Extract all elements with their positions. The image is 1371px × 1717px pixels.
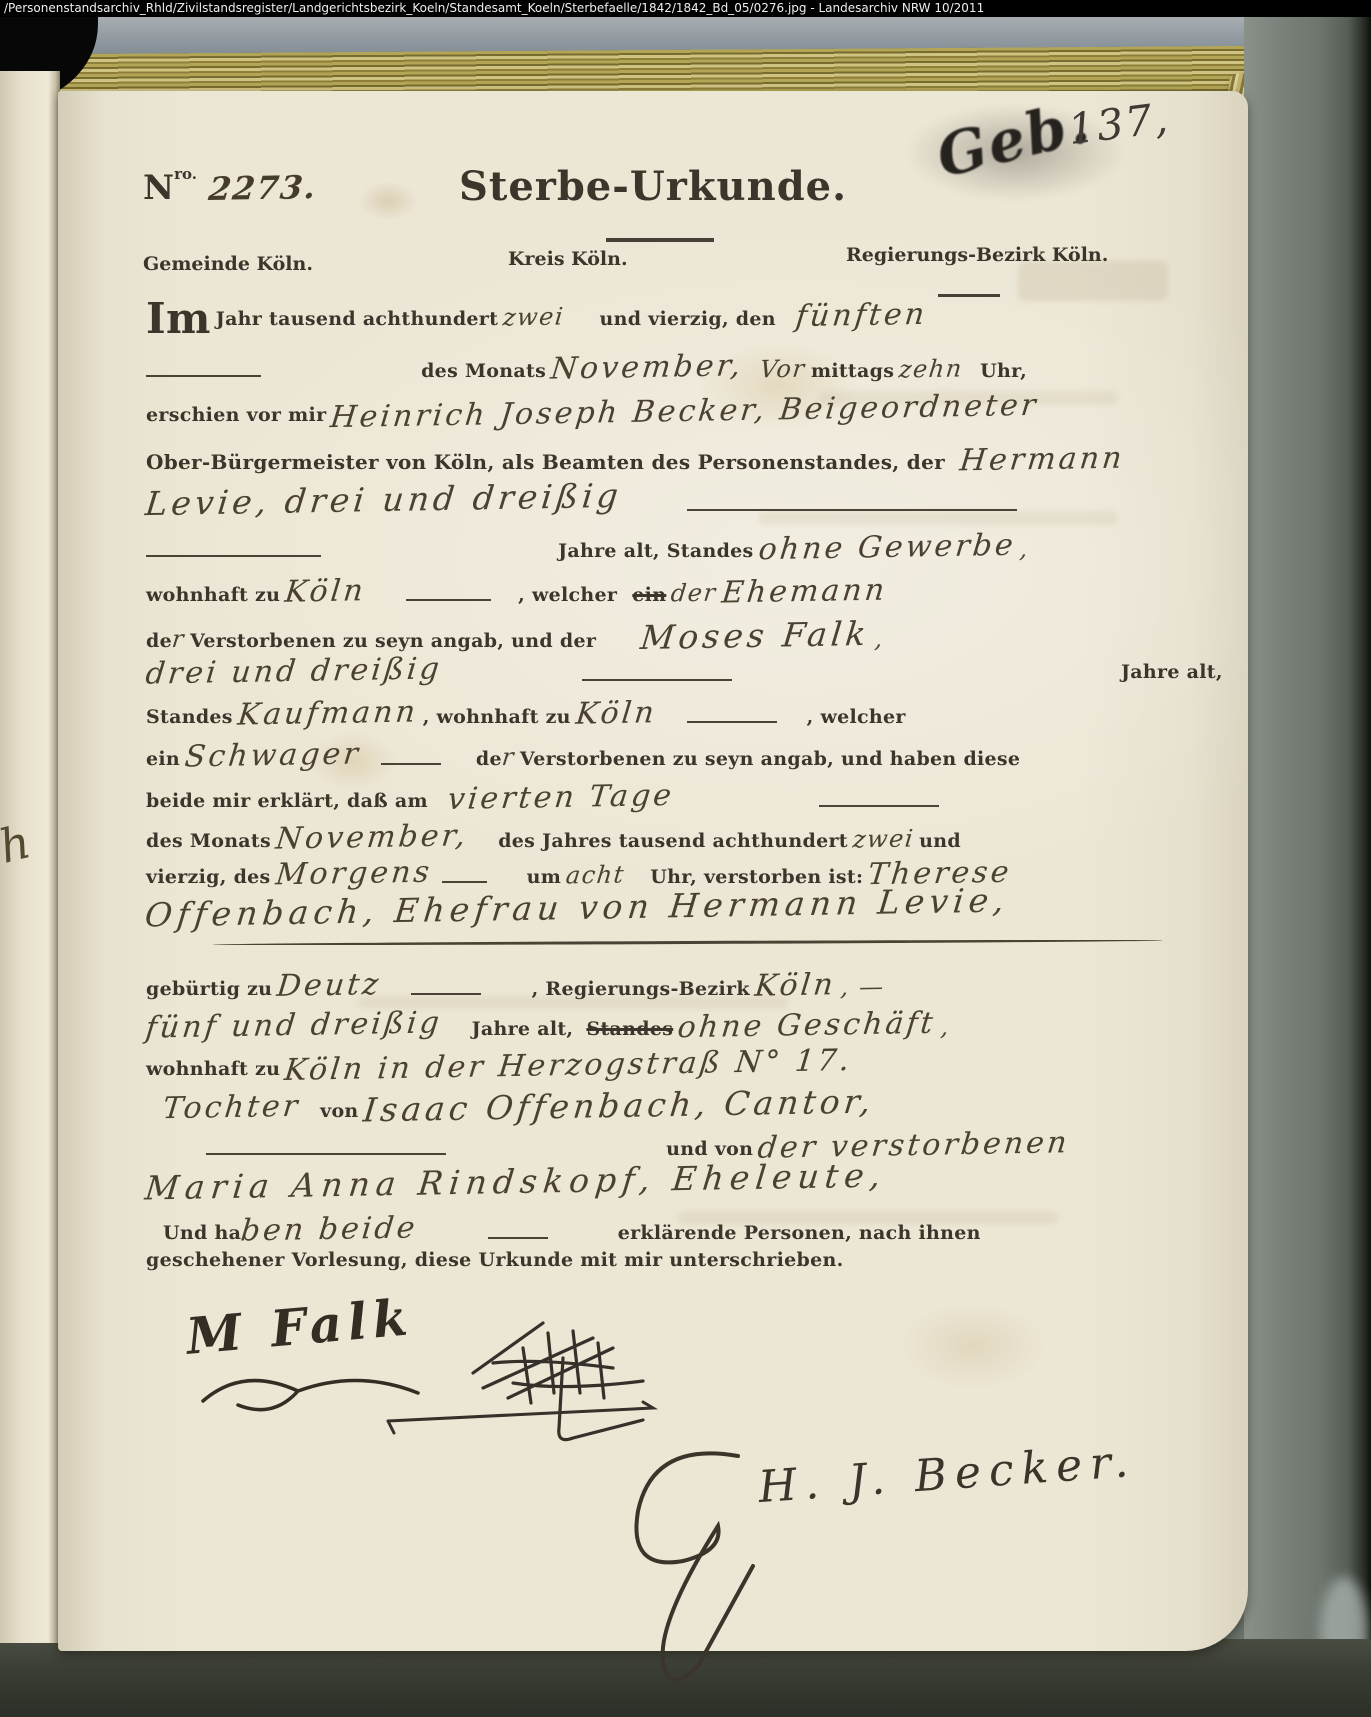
printed-text: gebürtig zu bbox=[146, 978, 272, 1000]
printed-text: erklärende Personen, nach ihnen bbox=[618, 1222, 981, 1244]
becker-signature: H. J. Becker. bbox=[757, 1436, 1138, 1513]
handwritten-text: Schwager bbox=[183, 739, 362, 772]
handwritten-text: Köln bbox=[284, 576, 368, 607]
bezirk-underline bbox=[938, 294, 1000, 297]
printed-text: und vierzig, den bbox=[599, 308, 775, 330]
printed-text: , Regierungs-Bezirk bbox=[532, 978, 750, 1000]
handwritten-text: ohne Geschäft bbox=[676, 1009, 937, 1043]
handwritten-text: Moses Falk bbox=[639, 617, 871, 654]
body-line-8: der Verstorbenen zu seyn angab, und der … bbox=[146, 619, 1206, 652]
body-line-4: Ober-Bürgermeister von Köln, als Beamten… bbox=[146, 445, 1206, 475]
body-line-19: wohnhaft zu Köln in der Herzogstraß N° 1… bbox=[146, 1051, 1206, 1081]
handwritten-text: Morgens bbox=[274, 858, 433, 891]
falk-signature: M Falk bbox=[184, 1287, 416, 1366]
printed-text: erschien vor mir bbox=[146, 404, 326, 426]
body-line-3: erschien vor mir Heinrich Joseph Becker,… bbox=[146, 397, 1206, 427]
handwritten-text: Heinrich Joseph Becker, Beigeordneter bbox=[329, 391, 1040, 433]
filler-dash bbox=[146, 546, 321, 557]
printed-text: vierzig, des bbox=[146, 866, 271, 888]
body-line-7: wohnhaft zu Köln , welcher ein der Ehema… bbox=[146, 577, 1206, 607]
archive-viewer: /Personenstandsarchiv_Rhld/Zivilstandsre… bbox=[0, 0, 1371, 1717]
handwritten-text: drei und dreißig bbox=[144, 654, 443, 689]
printed-text: de bbox=[476, 748, 502, 770]
printed-text: , welcher bbox=[807, 706, 906, 728]
filler-dash bbox=[442, 872, 487, 883]
handwritten-text: r bbox=[501, 745, 517, 769]
filler-dash bbox=[411, 984, 481, 995]
handwritten-text: Levie, drei und dreißig bbox=[144, 479, 624, 520]
filler-dash bbox=[206, 1144, 446, 1155]
handwritten-text: Köln in der Herzogstraß N° 17. bbox=[283, 1046, 854, 1086]
printed-text: ein bbox=[146, 748, 180, 770]
filler-dash bbox=[406, 590, 491, 601]
struck-text: ein bbox=[632, 584, 666, 606]
printed-text: Ober-Bürgermeister von Köln, als Beamten… bbox=[146, 450, 945, 474]
body-line-1: Im Jahr tausend achthundert zwei und vie… bbox=[146, 301, 1206, 333]
handwritten-text: fünften bbox=[794, 300, 928, 332]
printed-text: Verstorbenen zu seyn angab, und haben di… bbox=[520, 748, 1020, 770]
printed-text: Standes bbox=[146, 706, 233, 728]
body-line-17: gebürtig zu Deutz , Regierungs-Bezirk Kö… bbox=[146, 971, 1206, 1001]
handwritten-text: ben beide bbox=[239, 1213, 419, 1246]
printed-text: , wohnhaft zu bbox=[423, 706, 571, 728]
kreis-label: Kreis Köln. bbox=[508, 248, 628, 270]
drop-cap: Im bbox=[146, 294, 211, 343]
body-line-13: des Monats November, des Jahres tausend … bbox=[146, 823, 1206, 853]
handwritten-text: Kaufmann bbox=[236, 697, 419, 730]
printed-text: Verstorbenen zu seyn angab, und der bbox=[190, 630, 596, 652]
title-underline bbox=[606, 238, 714, 242]
handwritten-text: Deutz bbox=[276, 970, 383, 1002]
facing-page-edge: h bbox=[0, 71, 60, 1643]
printed-text: des Monats bbox=[146, 830, 271, 852]
body-line-22: Maria Anna Rindskopf, Eheleute, bbox=[146, 1165, 1206, 1198]
viewer-titlebar: /Personenstandsarchiv_Rhld/Zivilstandsre… bbox=[0, 0, 1371, 17]
filler-dash bbox=[582, 670, 732, 681]
body-line-18: fünf und dreißig Jahre alt, Standes ohne… bbox=[146, 1011, 1206, 1041]
handwritten-text: zehn bbox=[898, 356, 964, 381]
printed-text: wohnhaft zu bbox=[146, 1058, 280, 1080]
file-path-text: /Personenstandsarchiv_Rhld/Zivilstandsre… bbox=[4, 1, 984, 15]
body-line-5: Levie, drei und dreißig bbox=[146, 483, 1206, 516]
document-title: Sterbe-Urkunde. bbox=[58, 163, 1248, 210]
printed-text: von bbox=[320, 1100, 358, 1122]
handwritten-text: Offenbach, Ehefrau von Hermann Levie, bbox=[143, 883, 1010, 931]
handwritten-text: zwei bbox=[502, 304, 566, 329]
printed-text: und bbox=[919, 830, 961, 852]
printed-text: Und ha bbox=[163, 1222, 241, 1244]
body-line-24: geschehener Vorlesung, diese Urkunde mit… bbox=[146, 1251, 1206, 1270]
book-cover-right bbox=[1244, 17, 1371, 1717]
margin-ink-fragment: h bbox=[0, 814, 36, 874]
handwritten-text: , bbox=[1019, 537, 1031, 561]
handwritten-text: vierten Tage bbox=[446, 781, 675, 815]
handwritten-text: Hermann bbox=[958, 444, 1126, 477]
section-rule bbox=[213, 939, 1163, 946]
ink-bleedthrough bbox=[1018, 261, 1168, 301]
printed-text: des Monats bbox=[421, 360, 546, 382]
gemeinde-label: Gemeinde Köln. bbox=[143, 253, 313, 275]
filler-dash bbox=[488, 1228, 548, 1239]
body-line-6: Jahre alt, Standes ohne Gewerbe , bbox=[146, 533, 1206, 563]
handwritten-text: Köln bbox=[753, 970, 837, 1001]
handwritten-text: der bbox=[670, 581, 718, 606]
filler-dash bbox=[687, 712, 777, 723]
body-line-15: Offenbach, Ehefrau von Hermann Levie, bbox=[146, 891, 1206, 924]
handwritten-text: Isaac Offenbach, Cantor, bbox=[361, 1085, 876, 1127]
handwritten-text: Ehemann bbox=[720, 576, 888, 609]
printed-text: Jahr tausend achthundert bbox=[216, 308, 498, 330]
body-line-20: Tochter von Isaac Offenbach, Cantor, bbox=[163, 1089, 1223, 1123]
filler-dash bbox=[146, 366, 261, 377]
body-line-2: des Monats November, Vor mittags zehn Uh… bbox=[146, 353, 1206, 383]
book-photograph: h Geb. 137, Nro. 2273. Sterbe-Urkunde. bbox=[0, 17, 1371, 1717]
body-line-14: vierzig, des Morgens um acht Uhr, versto… bbox=[146, 859, 1206, 889]
body-line-12: beide mir erklärt, daß am vierten Tage bbox=[146, 783, 1206, 813]
printed-text: wohnhaft zu bbox=[146, 584, 280, 606]
printed-text: Uhr, bbox=[980, 360, 1027, 382]
handwritten-text: , — bbox=[839, 975, 885, 1000]
certificate-page: Geb. 137, Nro. 2273. Sterbe-Urkunde. Gem… bbox=[58, 91, 1248, 1651]
printed-text: beide mir erklärt, daß am bbox=[146, 790, 428, 812]
paper-stain bbox=[898, 1301, 1048, 1391]
bezirk-label: Regierungs-Bezirk Köln. bbox=[846, 244, 1108, 266]
printed-text: Jahre alt, bbox=[472, 1018, 574, 1040]
printed-text: geschehener Vorlesung, diese Urkunde mit… bbox=[146, 1249, 844, 1271]
printed-text: des Jahres tausend achthundert bbox=[498, 830, 848, 852]
handwritten-text: Tochter bbox=[161, 1092, 301, 1124]
printed-text: de bbox=[146, 630, 172, 652]
body-line-11: ein Schwager der Verstorbenen zu seyn an… bbox=[146, 741, 1206, 771]
handwritten-text: acht bbox=[565, 862, 627, 887]
body-line-9: drei und dreißig Jahre alt, bbox=[146, 657, 1206, 687]
handwritten-text: Köln bbox=[574, 698, 658, 729]
body-line-23: Und haben beide erklärende Personen, nac… bbox=[163, 1215, 1223, 1245]
handwritten-text: r bbox=[171, 627, 187, 651]
handwritten-text: Vor bbox=[759, 357, 807, 382]
printed-text: um bbox=[527, 866, 562, 888]
filler-dash bbox=[687, 500, 1017, 511]
filler-dash bbox=[819, 796, 939, 807]
printed-text: mittags bbox=[811, 360, 894, 382]
handwritten-text: Maria Anna Rindskopf, Eheleute, bbox=[144, 1159, 889, 1205]
body-line-21: und von der verstorbenen bbox=[146, 1131, 1206, 1161]
printed-text: Jahre alt, Standes bbox=[558, 540, 753, 562]
printed-text: , welcher bbox=[518, 584, 617, 606]
printed-text: Jahre alt, bbox=[1121, 663, 1223, 682]
filler-dash bbox=[381, 754, 441, 765]
printed-text: und von bbox=[666, 1138, 753, 1160]
handwritten-text: November, bbox=[549, 351, 745, 384]
struck-text: Standes bbox=[586, 1018, 673, 1040]
levie-signature-scribble bbox=[453, 1303, 713, 1453]
handwritten-text: ohne Gewerbe bbox=[757, 531, 1017, 565]
body-line-10: Standes Kaufmann , wohnhaft zu Köln , we… bbox=[146, 699, 1206, 729]
handwritten-text: November, bbox=[274, 821, 470, 854]
handwritten-text: , bbox=[939, 1015, 951, 1039]
falk-flourish bbox=[198, 1371, 458, 1421]
handwritten-text: fünf und dreißig bbox=[144, 1008, 443, 1043]
handwritten-text: , bbox=[873, 627, 885, 651]
handwritten-text: zwei bbox=[852, 826, 916, 851]
